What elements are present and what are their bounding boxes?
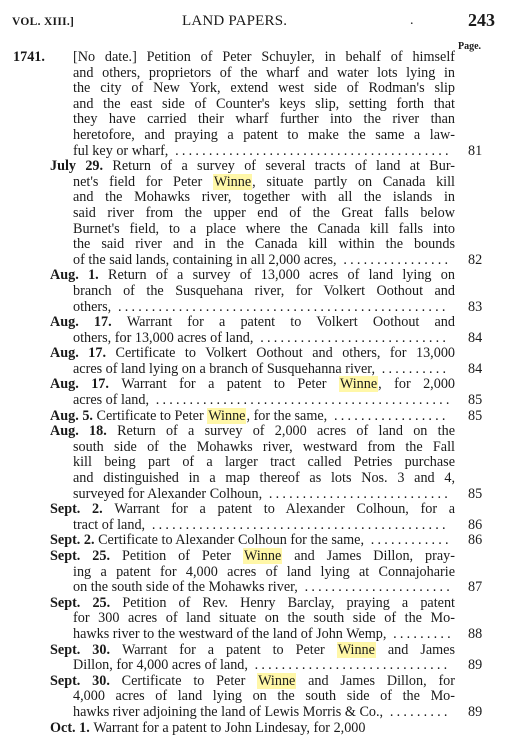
- entry-text: 4,000 acres of land lying on the south s…: [73, 689, 455, 705]
- entry-date: Sept. 2.: [50, 501, 114, 517]
- entry-text: of the said lands, containing in all 2,0…: [73, 253, 455, 269]
- entry-text: Sept. 2. Warrant for a patent to Alexand…: [50, 502, 455, 518]
- entry-text: kill being part of a larger tract called…: [73, 455, 455, 471]
- dot-leader: ........................................…: [149, 392, 453, 408]
- entry-line: Aug. 18. Return of a survey of 2,000 acr…: [0, 424, 520, 440]
- dot-leader: .........: [383, 704, 450, 720]
- entry-text: Sept. 2. Certificate to Alexander Colhou…: [50, 533, 455, 549]
- entry-line: they have carried their wharf further in…: [0, 112, 520, 128]
- text-fragment: said river from the upper end of the Gre…: [73, 205, 455, 221]
- entry-line: ful key or wharf, ......................…: [0, 144, 520, 160]
- entry-line: Burnet's field, to a place where the Can…: [0, 222, 520, 238]
- text-fragment: on the south side of the Mohawks river,: [73, 579, 298, 595]
- entry-text: tract of land, .........................…: [73, 518, 455, 534]
- dot-leader: ........................................…: [145, 517, 449, 533]
- text-fragment: Warrant for a patent to Peter: [122, 642, 337, 658]
- text-fragment: Certificate to Peter: [122, 673, 257, 689]
- text-fragment: acres of land,: [73, 392, 149, 408]
- entry-line: the said river and in the Canada kill wi…: [0, 237, 520, 253]
- text-fragment: Dillon, for 4,000 acres of land,: [73, 657, 248, 673]
- header-separator: .: [410, 13, 414, 29]
- entry-line: acres of land, .........................…: [0, 393, 520, 409]
- text-fragment: Certificate to Volkert Oothout and other…: [116, 345, 455, 361]
- entry-line: hawks river to the westward of the land …: [0, 627, 520, 643]
- page-reference[interactable]: 83: [468, 300, 482, 316]
- text-fragment: the city of New York, extend west side o…: [73, 80, 455, 96]
- text-fragment: Certificate to Peter: [97, 408, 208, 424]
- entry-text: Aug. 17. Certificate to Volkert Oothout …: [50, 346, 455, 362]
- text-fragment: 4,000 acres of land lying on the south s…: [73, 688, 455, 704]
- calendar-entry: Sept. 25. Petition of Peter Winne and Ja…: [0, 549, 520, 596]
- entry-text: others, for 13,000 acres of land, ......…: [73, 331, 455, 347]
- entry-text: Sept. 25. Petition of Rev. Henry Barclay…: [50, 596, 455, 612]
- entry-text: they have carried their wharf further in…: [73, 112, 455, 128]
- entry-line: Aug. 17. Certificate to Volkert Oothout …: [0, 346, 520, 362]
- page-reference[interactable]: 88: [468, 627, 482, 643]
- text-fragment: and the Mohawks river, together with all…: [73, 189, 455, 205]
- entry-line: Aug. 17. Warrant for a patent to Peter W…: [0, 377, 520, 393]
- page-title: LAND PAPERS.: [182, 13, 287, 30]
- calendar-entry: July 29. Return of a survey of several t…: [0, 159, 520, 268]
- entry-line: branch of the Susquehana river, for Volk…: [0, 284, 520, 300]
- dot-leader: ........................................…: [111, 299, 448, 315]
- entry-text: surveyed for Alexander Colhoun, ........…: [73, 487, 455, 503]
- entry-text: hawks river to the westward of the land …: [73, 627, 455, 643]
- text-fragment: others, for 13,000 acres of land,: [73, 330, 253, 346]
- text-fragment: Burnet's field, to a place where the Can…: [73, 221, 455, 237]
- entry-text: said river from the upper end of the Gre…: [73, 206, 455, 222]
- text-fragment: Warrant for a patent to Peter: [121, 376, 339, 392]
- page-reference[interactable]: 84: [468, 362, 482, 378]
- dot-leader: ......................: [298, 579, 453, 595]
- calendar-entry: Oct. 1. Warrant for a patent to John Lin…: [0, 721, 520, 736]
- entry-line: and the Mohawks river, together with all…: [0, 190, 520, 206]
- highlighted-term: Winne: [243, 548, 282, 564]
- page-reference[interactable]: 89: [468, 705, 482, 721]
- text-fragment: others,: [73, 299, 111, 315]
- calendar-entries: 1741.[No date.] Petition of Peter Schuyl…: [0, 50, 520, 736]
- entry-line: ing a patent for 4,000 acres of land lyi…: [0, 565, 520, 581]
- entry-text: and distinguished in a map thereof as lo…: [73, 471, 455, 487]
- calendar-entry: Aug. 1. Return of a survey of 13,000 acr…: [0, 268, 520, 315]
- page-number: 243: [468, 10, 495, 31]
- entry-line: Sept. 25. Petition of Rev. Henry Barclay…: [0, 596, 520, 612]
- entry-text: Aug. 5. Certificate to Peter Winne, for …: [50, 409, 455, 425]
- calendar-entry: Sept. 25. Petition of Rev. Henry Barclay…: [0, 596, 520, 643]
- text-fragment: , situate partly on Canada kill: [252, 174, 455, 190]
- calendar-entry: Sept. 30. Warrant for a patent to Peter …: [0, 643, 520, 674]
- page-reference[interactable]: 89: [468, 658, 482, 674]
- text-fragment: south side of the Mohawks river, westwar…: [73, 439, 455, 455]
- entry-line: 1741.[No date.] Petition of Peter Schuyl…: [0, 50, 520, 66]
- entry-line: on the south side of the Mohawks river, …: [0, 580, 520, 596]
- entry-line: Sept. 25. Petition of Peter Winne and Ja…: [0, 549, 520, 565]
- text-fragment: and the east side of Counter's keys slip…: [73, 96, 455, 112]
- entry-line: Aug. 5. Certificate to Peter Winne, for …: [0, 409, 520, 425]
- entry-date: Aug. 5.: [50, 408, 97, 424]
- entry-line: said river from the upper end of the Gre…: [0, 206, 520, 222]
- entry-text: Sept. 30. Warrant for a patent to Peter …: [50, 643, 455, 659]
- text-fragment: acres of land lying on a branch of Susqu…: [73, 361, 375, 377]
- page-reference[interactable]: 82: [468, 253, 482, 269]
- entry-text: Aug. 17. Warrant for a patent to Peter W…: [50, 377, 455, 393]
- entry-text: for 300 acres of land situate on the sou…: [73, 611, 455, 627]
- entry-date: Aug. 18.: [50, 423, 117, 439]
- entry-line: and others, proprietors of the wharf and…: [0, 66, 520, 82]
- dot-leader: ............: [364, 532, 452, 548]
- entry-text: the city of New York, extend west side o…: [73, 81, 455, 97]
- text-fragment: , for the same,: [246, 408, 327, 424]
- entry-line: acres of land lying on a branch of Susqu…: [0, 362, 520, 378]
- entry-line: others, for 13,000 acres of land, ......…: [0, 331, 520, 347]
- entry-date: July 29.: [50, 158, 112, 174]
- text-fragment: Certificate to Alexander Colhoun for the…: [98, 532, 364, 548]
- entry-text: south side of the Mohawks river, westwar…: [73, 440, 455, 456]
- entry-text: branch of the Susquehana river, for Volk…: [73, 284, 455, 300]
- text-fragment: Petition of Peter: [122, 548, 243, 564]
- entry-text: and others, proprietors of the wharf and…: [73, 66, 455, 82]
- entry-line: south side of the Mohawks river, westwar…: [0, 440, 520, 456]
- entry-text: Oct. 1. Warrant for a patent to John Lin…: [50, 721, 455, 736]
- calendar-entry: Aug. 17. Certificate to Volkert Oothout …: [0, 346, 520, 377]
- entry-date: Aug. 17.: [50, 376, 121, 392]
- text-fragment: and James: [376, 642, 455, 658]
- entry-date: [No date.]: [73, 49, 147, 65]
- text-fragment: Return of a survey of several tracts of …: [112, 158, 455, 174]
- text-fragment: ing a patent for 4,000 acres of land lyi…: [73, 564, 455, 580]
- entry-text: on the south side of the Mohawks river, …: [73, 580, 455, 596]
- entry-line: and the east side of Counter's keys slip…: [0, 97, 520, 113]
- entry-text: Sept. 25. Petition of Peter Winne and Ja…: [50, 549, 455, 565]
- calendar-entry: Sept. 2. Certificate to Alexander Colhou…: [0, 533, 520, 549]
- entry-line: heretofore, and praying a patent to make…: [0, 128, 520, 144]
- entry-text: Aug. 1. Return of a survey of 13,000 acr…: [50, 268, 455, 284]
- text-fragment: Warrant for a patent to John Lindesay, f…: [93, 720, 365, 736]
- entry-date: Sept. 2.: [50, 532, 98, 548]
- text-fragment: they have carried their wharf further in…: [73, 111, 455, 127]
- entry-text: net's field for Peter Winne, situate par…: [73, 175, 455, 191]
- entry-line: kill being part of a larger tract called…: [0, 455, 520, 471]
- entry-line: others, ................................…: [0, 300, 520, 316]
- calendar-entry: Aug. 5. Certificate to Peter Winne, for …: [0, 409, 520, 425]
- dot-leader: ............................: [253, 330, 449, 346]
- text-fragment: the said river and in the Canada kill wi…: [73, 236, 455, 252]
- page-reference[interactable]: 86: [468, 533, 482, 549]
- entry-text: [No date.] Petition of Peter Schuyler, i…: [73, 50, 455, 66]
- entry-line: 4,000 acres of land lying on the south s…: [0, 689, 520, 705]
- text-fragment: of the said lands, containing in all 2,0…: [73, 252, 337, 268]
- calendar-entry: Sept. 30. Certificate to Peter Winne and…: [0, 674, 520, 721]
- entry-text: Aug. 18. Return of a survey of 2,000 acr…: [50, 424, 455, 440]
- page-reference[interactable]: 85: [468, 393, 482, 409]
- entry-line: Sept. 2. Warrant for a patent to Alexand…: [0, 502, 520, 518]
- dot-leader: ........................................…: [168, 143, 451, 159]
- entry-line: Aug. 1. Return of a survey of 13,000 acr…: [0, 268, 520, 284]
- entry-text: Dillon, for 4,000 acres of land, .......…: [73, 658, 455, 674]
- text-fragment: Warrant for a patent to Volkert Oothout …: [127, 314, 455, 330]
- entry-line: net's field for Peter Winne, situate par…: [0, 175, 520, 191]
- text-fragment: and James Dillon, for: [296, 673, 455, 689]
- text-fragment: , for 2,000: [378, 376, 455, 392]
- highlighted-term: Winne: [213, 174, 252, 190]
- entry-text: hawks river adjoining the land of Lewis …: [73, 705, 455, 721]
- entry-date: Sept. 25.: [50, 548, 122, 564]
- entry-line: Oct. 1. Warrant for a patent to John Lin…: [0, 721, 520, 736]
- text-fragment: ful key or wharf,: [73, 143, 168, 159]
- entry-line: the city of New York, extend west side o…: [0, 81, 520, 97]
- text-fragment: heretofore, and praying a patent to make…: [73, 127, 455, 143]
- entry-line: Dillon, for 4,000 acres of land, .......…: [0, 658, 520, 674]
- calendar-entry: 1741.[No date.] Petition of Peter Schuyl…: [0, 50, 520, 159]
- page-reference[interactable]: 87: [468, 580, 482, 596]
- dot-leader: ..........: [375, 361, 449, 377]
- entry-text: and the Mohawks river, together with all…: [73, 190, 455, 206]
- highlighted-term: Winne: [339, 376, 378, 392]
- entry-text: July 29. Return of a survey of several t…: [50, 159, 455, 175]
- text-fragment: and James Dillon, pray-: [282, 548, 455, 564]
- entry-date: Sept. 25.: [50, 595, 122, 611]
- page-reference[interactable]: 86: [468, 518, 482, 534]
- text-fragment: kill being part of a larger tract called…: [73, 454, 455, 470]
- highlighted-term: Winne: [257, 673, 296, 689]
- text-fragment: hawks river adjoining the land of Lewis …: [73, 704, 383, 720]
- entry-text: the said river and in the Canada kill wi…: [73, 237, 455, 253]
- entry-text: acres of land lying on a branch of Susqu…: [73, 362, 455, 378]
- page-reference[interactable]: 84: [468, 331, 482, 347]
- calendar-entry: Aug. 17. Warrant for a patent to Peter W…: [0, 377, 520, 408]
- calendar-entry: Sept. 2. Warrant for a patent to Alexand…: [0, 502, 520, 533]
- text-fragment: for 300 acres of land situate on the sou…: [73, 610, 455, 626]
- entry-text: acres of land, .........................…: [73, 393, 455, 409]
- entry-date: Oct. 1.: [50, 720, 93, 736]
- entry-date: Aug. 17.: [50, 314, 127, 330]
- entry-text: ful key or wharf, ......................…: [73, 144, 455, 160]
- entry-text: and the east side of Counter's keys slip…: [73, 97, 455, 113]
- page-reference[interactable]: 85: [468, 409, 482, 425]
- entry-date: Aug. 17.: [50, 345, 116, 361]
- text-fragment: surveyed for Alexander Colhoun,: [73, 486, 262, 502]
- dot-leader: ................: [337, 252, 452, 268]
- calendar-entry: Aug. 17. Warrant for a patent to Volkert…: [0, 315, 520, 346]
- highlighted-term: Winne: [207, 408, 246, 424]
- volume-label: VOL. XIII.]: [12, 16, 74, 28]
- entry-date: Aug. 1.: [50, 267, 108, 283]
- running-header: VOL. XIII.] LAND PAPERS. . 243: [12, 8, 500, 34]
- text-fragment: and distinguished in a map thereof as lo…: [73, 470, 455, 486]
- dot-leader: .............................: [248, 657, 450, 673]
- entry-line: surveyed for Alexander Colhoun, ........…: [0, 487, 520, 503]
- entry-text: Aug. 17. Warrant for a patent to Volkert…: [50, 315, 455, 331]
- text-fragment: tract of land,: [73, 517, 145, 533]
- dot-leader: ...........................: [262, 486, 451, 502]
- text-fragment: and others, proprietors of the wharf and…: [73, 65, 455, 81]
- entry-date: Sept. 30.: [50, 642, 122, 658]
- entry-line: for 300 acres of land situate on the sou…: [0, 611, 520, 627]
- entry-text: others, ................................…: [73, 300, 455, 316]
- text-fragment: Warrant for a patent to Alexander Colhou…: [114, 501, 455, 517]
- text-fragment: hawks river to the westward of the land …: [73, 626, 386, 642]
- entry-line: July 29. Return of a survey of several t…: [0, 159, 520, 175]
- text-fragment: branch of the Susquehana river, for Volk…: [73, 283, 455, 299]
- entry-text: ing a patent for 4,000 acres of land lyi…: [73, 565, 455, 581]
- entry-line: tract of land, .........................…: [0, 518, 520, 534]
- text-fragment: Return of a survey of 2,000 acres of lan…: [117, 423, 455, 439]
- text-fragment: Petition of Peter Schuyler, in behalf of…: [147, 49, 455, 65]
- entry-line: Sept. 30. Certificate to Peter Winne and…: [0, 674, 520, 690]
- entry-line: Aug. 17. Warrant for a patent to Volkert…: [0, 315, 520, 331]
- entry-text: heretofore, and praying a patent to make…: [73, 128, 455, 144]
- entry-line: hawks river adjoining the land of Lewis …: [0, 705, 520, 721]
- page-reference[interactable]: 85: [468, 487, 482, 503]
- dot-leader: .................: [327, 408, 448, 424]
- text-fragment: net's field for Peter: [73, 174, 213, 190]
- highlighted-term: Winne: [337, 642, 376, 658]
- text-fragment: Petition of Rev. Henry Barclay, praying …: [122, 595, 455, 611]
- text-fragment: Return of a survey of 13,000 acres of la…: [108, 267, 455, 283]
- entry-text: Burnet's field, to a place where the Can…: [73, 222, 455, 238]
- calendar-entry: Aug. 18. Return of a survey of 2,000 acr…: [0, 424, 520, 502]
- entry-line: and distinguished in a map thereof as lo…: [0, 471, 520, 487]
- entry-line: of the said lands, containing in all 2,0…: [0, 253, 520, 269]
- entry-year: 1741.: [13, 50, 45, 66]
- dot-leader: .........: [386, 626, 453, 642]
- page-reference[interactable]: 81: [468, 144, 482, 160]
- entry-line: Sept. 2. Certificate to Alexander Colhou…: [0, 533, 520, 549]
- entry-line: Sept. 30. Warrant for a patent to Peter …: [0, 643, 520, 659]
- entry-date: Sept. 30.: [50, 673, 122, 689]
- entry-text: Sept. 30. Certificate to Peter Winne and…: [50, 674, 455, 690]
